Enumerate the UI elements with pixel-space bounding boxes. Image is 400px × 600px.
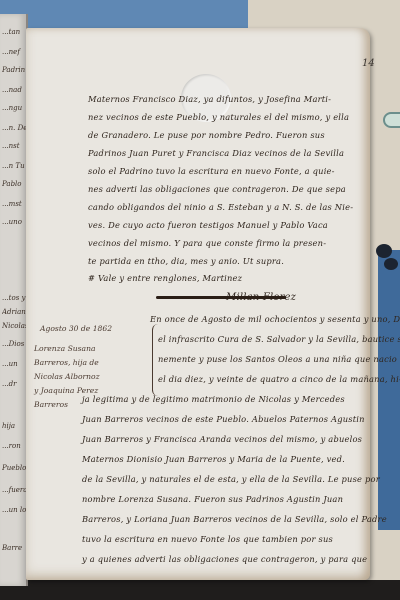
entry-line: Barreros, y Loriana Juan Barreros vecino… xyxy=(82,514,387,524)
left-page-fragment: ...nst xyxy=(2,142,26,150)
entry-line: de la Sevilla, y naturales el de esta, y… xyxy=(82,474,380,484)
entry-line: y a quienes adverti las obligaciones que… xyxy=(82,554,367,564)
entry-line: de Granadero. Le puse por nombre Pedro. … xyxy=(88,130,325,140)
left-page-fragment: Nicolas xyxy=(2,322,26,330)
signature-flourish xyxy=(156,296,286,299)
left-page-fragment: ...un xyxy=(2,360,26,368)
entry-line: nes adverti las obligaciones que contrag… xyxy=(88,184,346,194)
left-page-fragment: ...nef xyxy=(2,48,26,56)
entry-line: solo el Padrino tuvo la escritura en nue… xyxy=(88,166,335,176)
entry-line: Juan Barreros vecinos de este Pueblo. Ab… xyxy=(82,414,365,424)
entry-line: el infrascrito Cura de S. Salvador y la … xyxy=(158,334,400,344)
metal-clasp xyxy=(383,112,400,128)
binding-knob xyxy=(384,258,398,270)
left-page-fragment: ...Dios xyxy=(2,340,26,348)
entry-line: nombre Lorenza Susana. Fueron sus Padrin… xyxy=(82,494,343,504)
left-page-fragment: ...fuera xyxy=(2,486,26,494)
left-page-fragment: Padrin xyxy=(2,66,26,74)
entry-line: # Vale y entre renglones, Martinez xyxy=(88,273,242,283)
left-page-fragment: ...un los xyxy=(2,506,26,514)
entry-line: cando obligandos del ninio a S. Esteban … xyxy=(88,202,353,212)
entry-line: nemente y puse los Santos Oleos a una ni… xyxy=(158,354,397,364)
binding-knob xyxy=(376,244,392,258)
entry-line: Maternos Dionisio Juan Barreros y Maria … xyxy=(82,454,345,464)
entry-line: el dia diez, y veinte de quatro a cinco … xyxy=(158,374,400,384)
entry-line: En once de Agosto de mil ochocientos y s… xyxy=(150,314,400,324)
entry-line: Juan Barreros y Francisca Aranda vecinos… xyxy=(82,434,362,444)
left-page-fragment: hija xyxy=(2,422,26,430)
left-page-fragment: ...dr xyxy=(2,380,26,388)
left-facing-page: ...tan ...nef Padrin ...nad ...ngu ...n.… xyxy=(0,14,28,586)
margin-date: Agosto 30 de 1862 xyxy=(40,324,112,333)
left-page-fragment: ...n Tu xyxy=(2,162,26,170)
left-page-fragment: ...tos y xyxy=(2,294,26,302)
left-page-fragment: Barre xyxy=(2,544,26,552)
entry-line: Padrinos Juan Puret y Francisca Diaz vec… xyxy=(88,148,344,158)
register-page: 14 Maternos Francisco Diaz, ya difuntos,… xyxy=(26,28,370,580)
entry-line: nez vecinos de este Pueblo, y naturales … xyxy=(88,112,349,122)
margin-note-line: Lorenza Susana xyxy=(34,344,96,353)
margin-note-line: Barreros xyxy=(34,400,68,409)
dark-bottom-shadow xyxy=(0,580,400,600)
entry-line: tuvo la escritura en nuevo Fonte los que… xyxy=(82,534,333,544)
left-page-fragment: ...ron xyxy=(2,442,26,450)
left-page-fragment: ...mst xyxy=(2,200,26,208)
entry-line: Maternos Francisco Diaz, ya difuntos, y … xyxy=(88,94,331,104)
left-page-fragment: ...n. De xyxy=(2,124,26,132)
left-page-fragment: Adrian xyxy=(2,308,26,316)
left-page-fragment: Pablo xyxy=(2,180,26,188)
entry-line: te partida en ttho, dia, mes y anio. Ut … xyxy=(88,256,284,266)
entry-line: ves. De cuyo acto fueron testigos Manuel… xyxy=(88,220,328,230)
margin-note-line: Nicolas Albornoz xyxy=(34,372,100,381)
entry-line: vecinos del mismo. Y para que conste fir… xyxy=(88,238,326,248)
left-page-fragment: ...ngu xyxy=(2,104,26,112)
left-page-fragment: ...uno xyxy=(2,218,26,226)
folio-number: 14 xyxy=(362,58,375,69)
left-page-fragment: ...nad xyxy=(2,86,26,94)
entry-line: ja legitima y de legitimo matrimonio de … xyxy=(82,394,345,404)
margin-note-line: Barreros, hija de xyxy=(34,358,99,367)
left-page-fragment: ...tan xyxy=(2,28,26,36)
blue-cloth-right xyxy=(378,250,400,530)
left-page-fragment: Pueblo xyxy=(2,464,26,472)
